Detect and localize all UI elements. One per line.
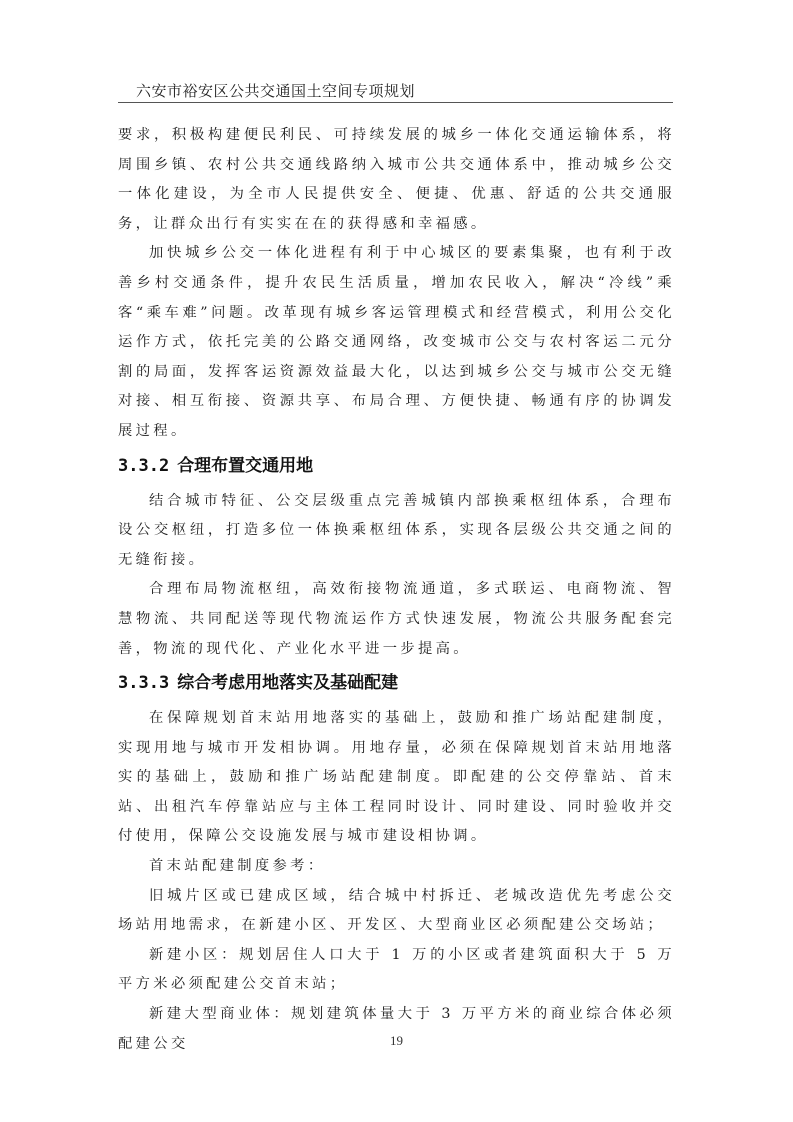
section-number: 3.3.2 [118, 456, 169, 476]
paragraph-land-supporting: 在保障规划首末站用地落实的基础上，鼓励和推广场站配建制度，实现用地与城市开发相协… [118, 704, 675, 852]
paragraph-urban-rural-integration: 加快城乡公交一体化进程有利于中心城区的要素集聚，也有利于改善乡村交通条件，提升农… [118, 239, 675, 446]
section-heading-3-3-3: 3.3.3综合考虑用地落实及基础配建 [118, 665, 675, 701]
document-page: 六安市裕安区公共交通国土空间专项规划 要求，积极构建便民利民、可持续发展的城乡一… [0, 0, 793, 1122]
paragraph-new-commercial: 新建大型商业体：规划建筑体量大于 3 万平方米的商业综合体必须配建公交 [118, 1000, 675, 1059]
section-title: 综合考虑用地落实及基础配建 [177, 673, 398, 693]
running-header: 六安市裕安区公共交通国土空间专项规划 [118, 78, 673, 103]
paragraph-terminal-reference: 首末站配建制度参考： [118, 852, 675, 882]
section-title: 合理布置交通用地 [177, 456, 313, 476]
section-number: 3.3.3 [118, 673, 169, 693]
section-heading-3-3-2: 3.3.2合理布置交通用地 [118, 448, 675, 484]
page-number: 19 [0, 1033, 793, 1049]
paragraph-old-city: 旧城片区或已建成区域，结合城中村拆迁、老城改造优先考虑公交场站用地需求，在新建小… [118, 882, 675, 941]
paragraph-continued: 要求，积极构建便民利民、可持续发展的城乡一体化交通运输体系，将周围乡镇、农村公共… [118, 121, 675, 239]
document-title: 六安市裕安区公共交通国土空间专项规划 [136, 80, 415, 101]
document-body: 要求，积极构建便民利民、可持续发展的城乡一体化交通运输体系，将周围乡镇、农村公共… [118, 121, 675, 1059]
paragraph-logistics-hubs: 合理布局物流枢纽，高效衔接物流通道，多式联运、电商物流、智慧物流、共同配送等现代… [118, 575, 675, 664]
paragraph-transfer-hubs: 结合城市特征、公交层级重点完善城镇内部换乘枢纽体系，合理布设公交枢纽，打造多位一… [118, 487, 675, 576]
paragraph-new-residential: 新建小区：规划居住人口大于 1 万的小区或者建筑面积大于 5 万平方米必须配建公… [118, 941, 675, 1000]
